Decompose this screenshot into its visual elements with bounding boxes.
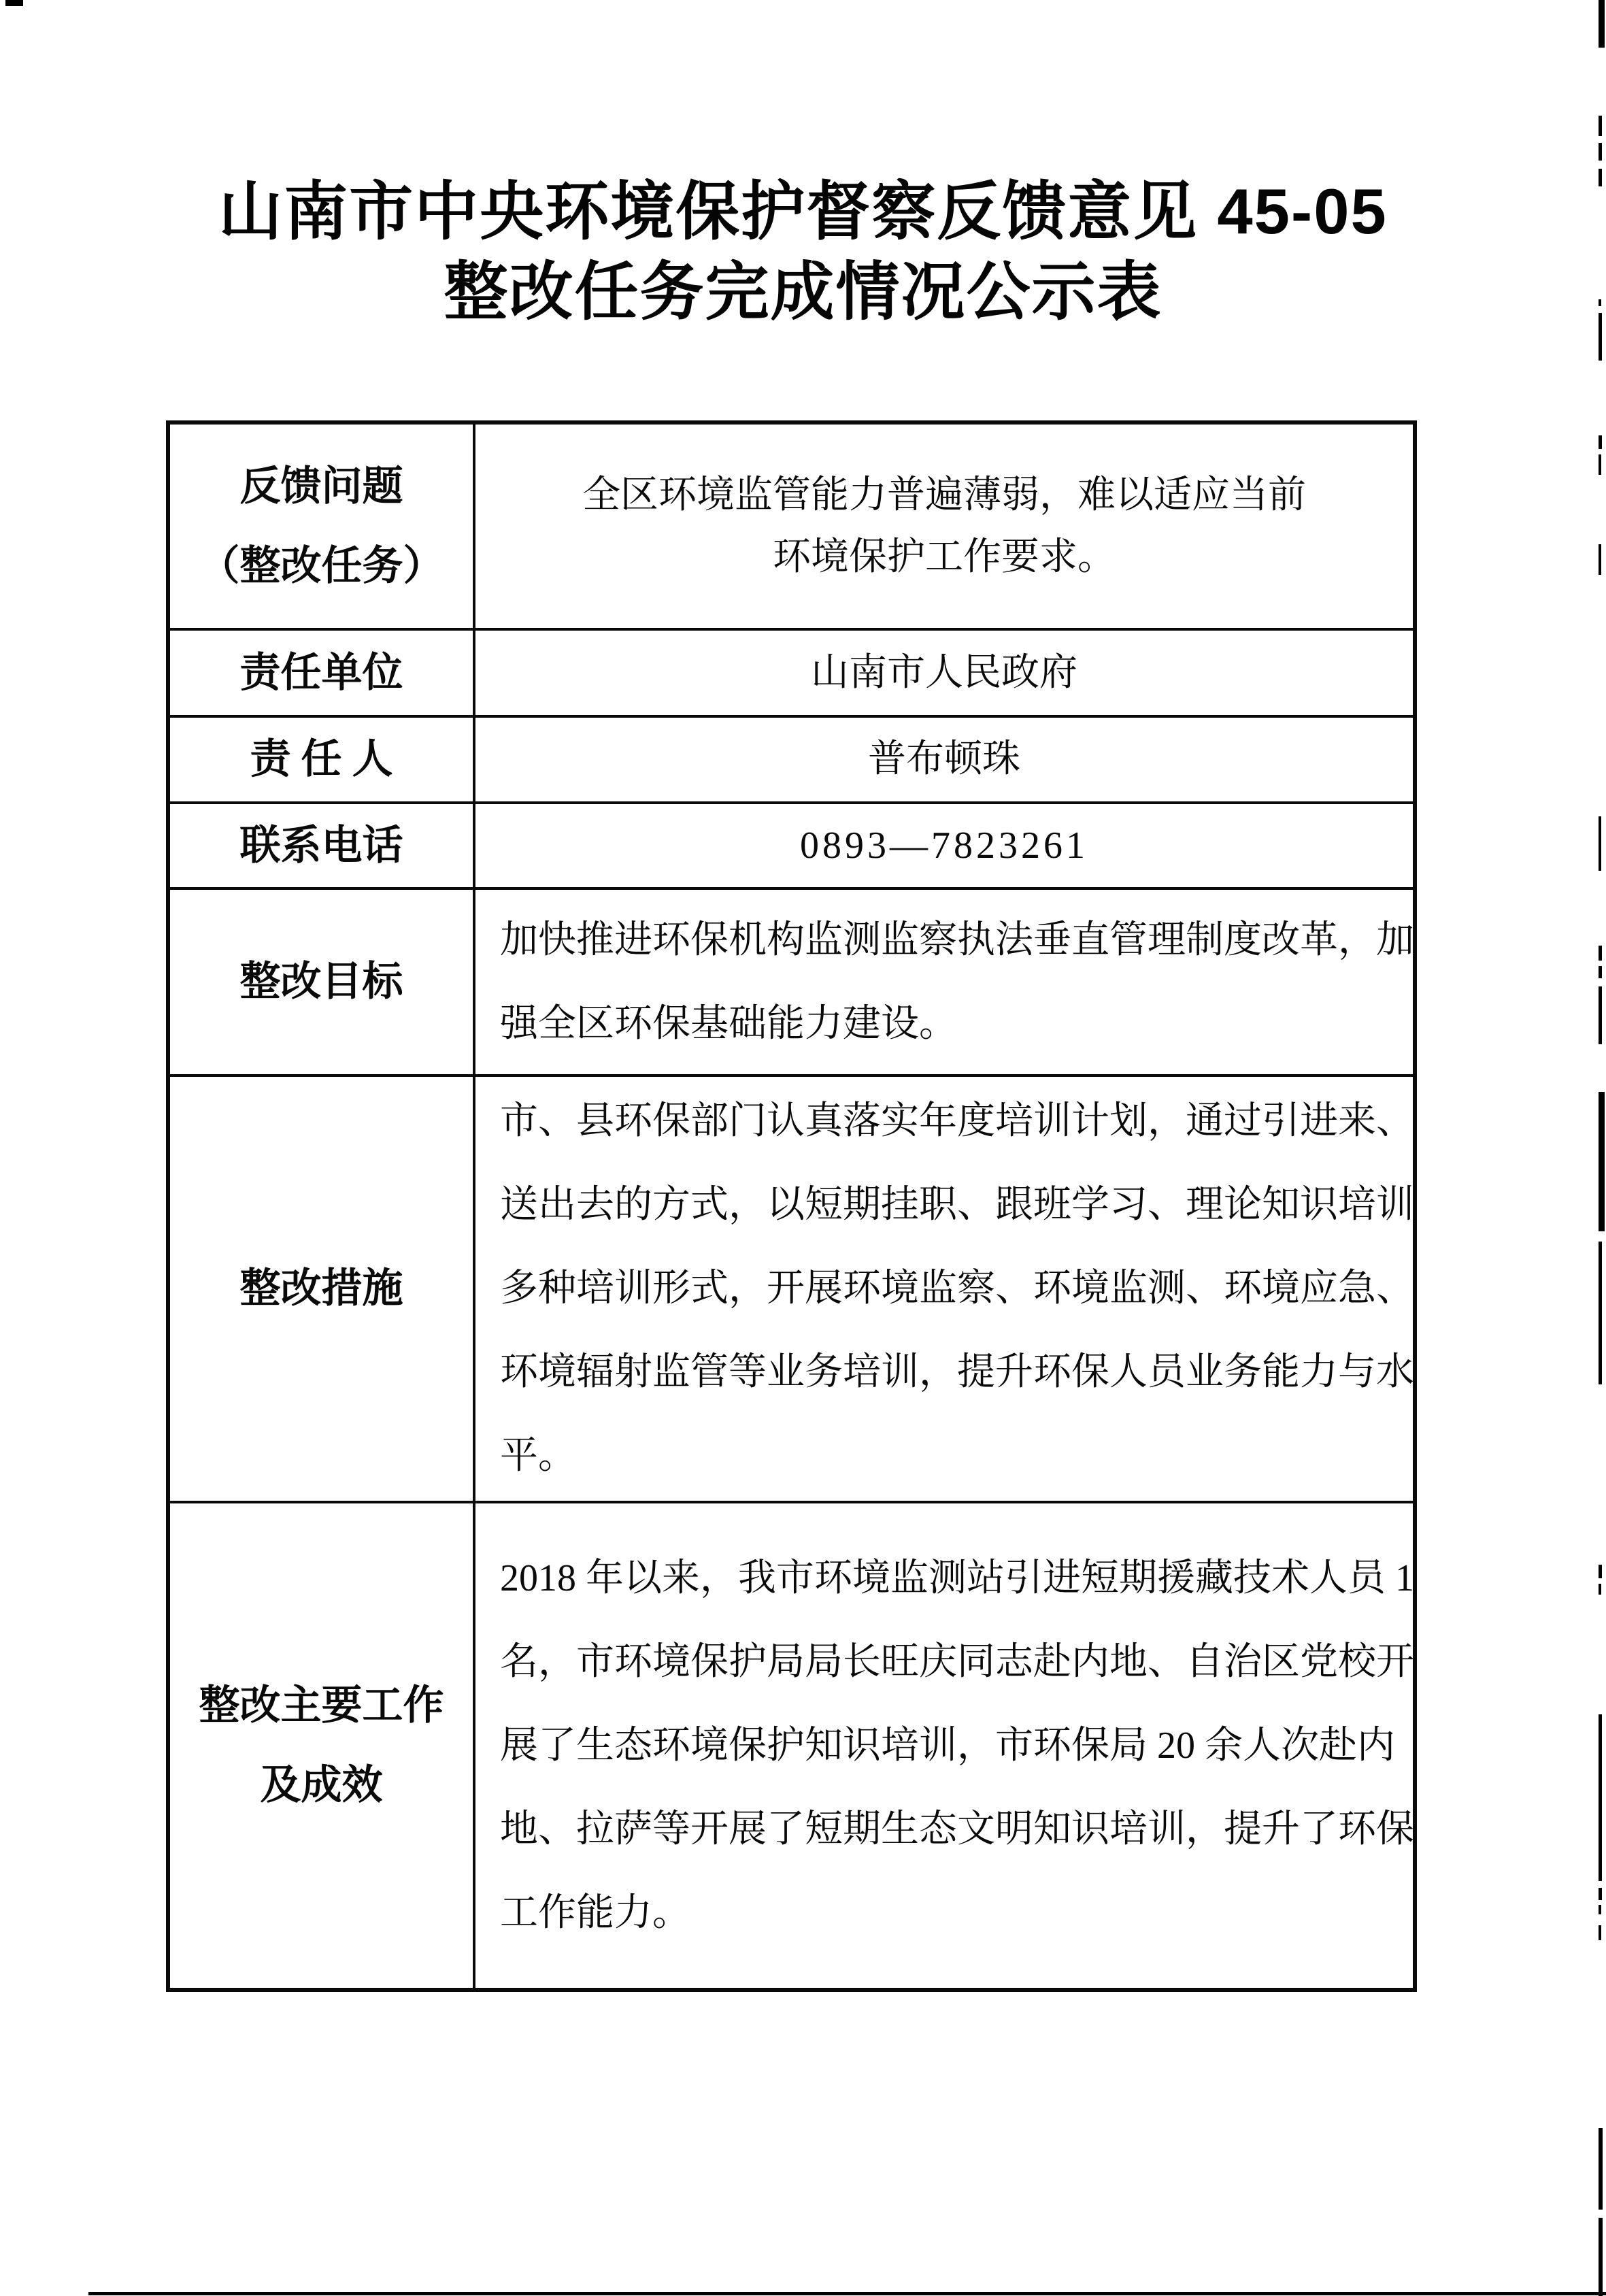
row-label: 整改措施: [168, 1076, 474, 1502]
row-content: 山南市人民政府: [474, 629, 1415, 716]
scan-streak: [1599, 2128, 1603, 2210]
scan-streak: [1599, 435, 1602, 449]
scan-streak: [1599, 946, 1602, 961]
scan-streak: [1599, 454, 1601, 475]
scan-streak: [1599, 966, 1602, 978]
scan-streak: [1599, 1092, 1605, 1231]
table-row-rectification-measures: 整改措施 市、县环保部门认真落实年度培训计划，通过引进来、 送出去的方式，以短期…: [168, 1076, 1415, 1502]
row-content: 加快推进环保机构监测监察执法垂直管理制度改革，加 强全区环保基础能力建设。: [474, 888, 1415, 1076]
row-content: 普布顿珠: [474, 716, 1415, 803]
scan-streak: [1599, 544, 1601, 575]
document-title: 山南市中央环境保护督察反馈意见 45-05 整改任务完成情况公示表: [0, 171, 1606, 332]
scan-streak: [1599, 1565, 1602, 1578]
scan-streak-bottom: [88, 2292, 1606, 2295]
scan-streak: [1599, 986, 1602, 1044]
scan-streak: [1599, 169, 1602, 186]
row-content-phone-number: 0893—7823261: [474, 803, 1415, 888]
table-row-feedback-problem: 反馈问题 （整改任务） 全区环境监管能力普遍薄弱，难以适应当前 环境保护工作要求…: [168, 422, 1415, 629]
row-label: 责 任 人: [168, 716, 474, 803]
scan-streak: [1599, 1888, 1602, 1900]
scan-streak: [1599, 1925, 1601, 1940]
scan-streak: [1599, 0, 1605, 48]
scan-streak: [5, 0, 23, 6]
scan-streak: [1599, 313, 1602, 361]
row-label: 反馈问题 （整改任务）: [168, 422, 474, 629]
scan-streak: [1599, 143, 1602, 161]
rectification-publicity-table: 反馈问题 （整改任务） 全区环境监管能力普遍薄弱，难以适应当前 环境保护工作要求…: [166, 420, 1417, 1992]
row-content: 全区环境监管能力普遍薄弱，难以适应当前 环境保护工作要求。: [474, 422, 1415, 629]
row-content: 2018 年以来，我市环境监测站引进短期援藏技术人员 1 名，市环境保护局局长旺…: [474, 1502, 1415, 1990]
table-body: 反馈问题 （整改任务） 全区环境监管能力普遍薄弱，难以适应当前 环境保护工作要求…: [168, 422, 1415, 1990]
table-row-responsible-unit: 责任单位 山南市人民政府: [168, 629, 1415, 716]
scan-streak: [1599, 1905, 1601, 1914]
row-label: 整改主要工作 及成效: [168, 1502, 474, 1990]
row-content: 市、县环保部门认真落实年度培训计划，通过引进来、 送出去的方式，以短期挂职、跟班…: [474, 1076, 1415, 1502]
table-row-contact-phone: 联系电话 0893—7823261: [168, 803, 1415, 888]
scanned-document-page: 山南市中央环境保护督察反馈意见 45-05 整改任务完成情况公示表 反馈问题 （…: [0, 0, 1606, 2296]
scan-streak: [1599, 116, 1602, 136]
scan-streak: [1599, 299, 1601, 306]
scan-streak: [1599, 1242, 1602, 1384]
table-row-responsible-person: 责 任 人 普布顿珠: [168, 716, 1415, 803]
scan-streak: [1599, 1714, 1602, 1881]
table-row-main-work-and-results: 整改主要工作 及成效 2018 年以来，我市环境监测站引进短期援藏技术人员 1 …: [168, 1502, 1415, 1990]
row-label: 联系电话: [168, 803, 474, 888]
scan-streak: [1599, 816, 1601, 871]
row-label: 责任单位: [168, 629, 474, 716]
scan-streak: [1599, 2218, 1603, 2296]
scan-streak: [1599, 1584, 1601, 1595]
row-label: 整改目标: [168, 888, 474, 1076]
table-row-rectification-goal: 整改目标 加快推进环保机构监测监察执法垂直管理制度改革，加 强全区环保基础能力建…: [168, 888, 1415, 1076]
